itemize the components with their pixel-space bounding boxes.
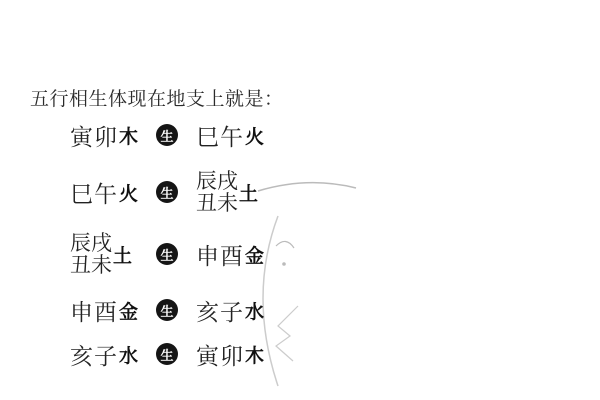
- source-element: 寅卯 木: [70, 119, 154, 152]
- branches-text: 申酉: [196, 238, 244, 271]
- target-element: 亥子 水: [196, 294, 280, 327]
- element-text: 木: [245, 341, 264, 368]
- target-element: 巳午 火: [196, 119, 280, 152]
- branches-text: 亥子: [70, 338, 118, 371]
- element-text: 木: [119, 122, 138, 149]
- branches-top-text: 辰戌: [70, 232, 112, 254]
- generates-badge-icon: 生: [156, 181, 178, 203]
- branches-text: 寅卯: [196, 338, 244, 371]
- source-element: 申酉 金: [70, 294, 154, 327]
- sheng-row-3: 辰戌 丑未 土 生 申酉 金: [70, 232, 280, 276]
- branches-bottom-text: 丑未: [196, 192, 238, 214]
- source-element: 亥子 水: [70, 338, 154, 371]
- branches-text: 巳午: [70, 176, 118, 209]
- branches-stack: 辰戌 丑未: [196, 170, 238, 214]
- branches-bottom-text: 丑未: [70, 254, 112, 276]
- generates-badge-icon: 生: [156, 299, 178, 321]
- element-text: 金: [119, 297, 138, 324]
- source-element: 辰戌 丑未 土: [70, 232, 154, 276]
- branches-stack: 辰戌 丑未: [70, 232, 112, 276]
- element-text: 火: [245, 122, 264, 149]
- branches-text: 寅卯: [70, 119, 118, 152]
- target-element: 辰戌 丑未 土: [196, 170, 280, 214]
- generates-badge-icon: 生: [156, 243, 178, 265]
- branches-text: 申酉: [70, 294, 118, 327]
- branches-top-text: 辰戌: [196, 170, 238, 192]
- sheng-row-1: 寅卯 木 生 巳午 火: [70, 113, 280, 157]
- element-text: 火: [119, 179, 138, 206]
- element-text: 水: [119, 341, 138, 368]
- generates-badge-icon: 生: [156, 124, 178, 146]
- source-element: 巳午 火: [70, 176, 154, 209]
- element-text: 水: [245, 297, 264, 324]
- branches-text: 巳午: [196, 119, 244, 152]
- element-text: 土: [113, 241, 132, 268]
- sheng-row-4: 申酉 金 生 亥子 水: [70, 288, 280, 332]
- element-text: 土: [239, 179, 258, 206]
- sheng-row-2: 巳午 火 生 辰戌 丑未 土: [70, 170, 280, 214]
- heading-text: 五行相生体现在地支上就是：: [30, 84, 284, 111]
- generates-badge-icon: 生: [156, 343, 178, 365]
- branches-text: 亥子: [196, 294, 244, 327]
- element-text: 金: [245, 241, 264, 268]
- target-element: 寅卯 木: [196, 338, 280, 371]
- target-element: 申酉 金: [196, 238, 280, 271]
- sheng-row-5: 亥子 水 生 寅卯 木: [70, 332, 280, 376]
